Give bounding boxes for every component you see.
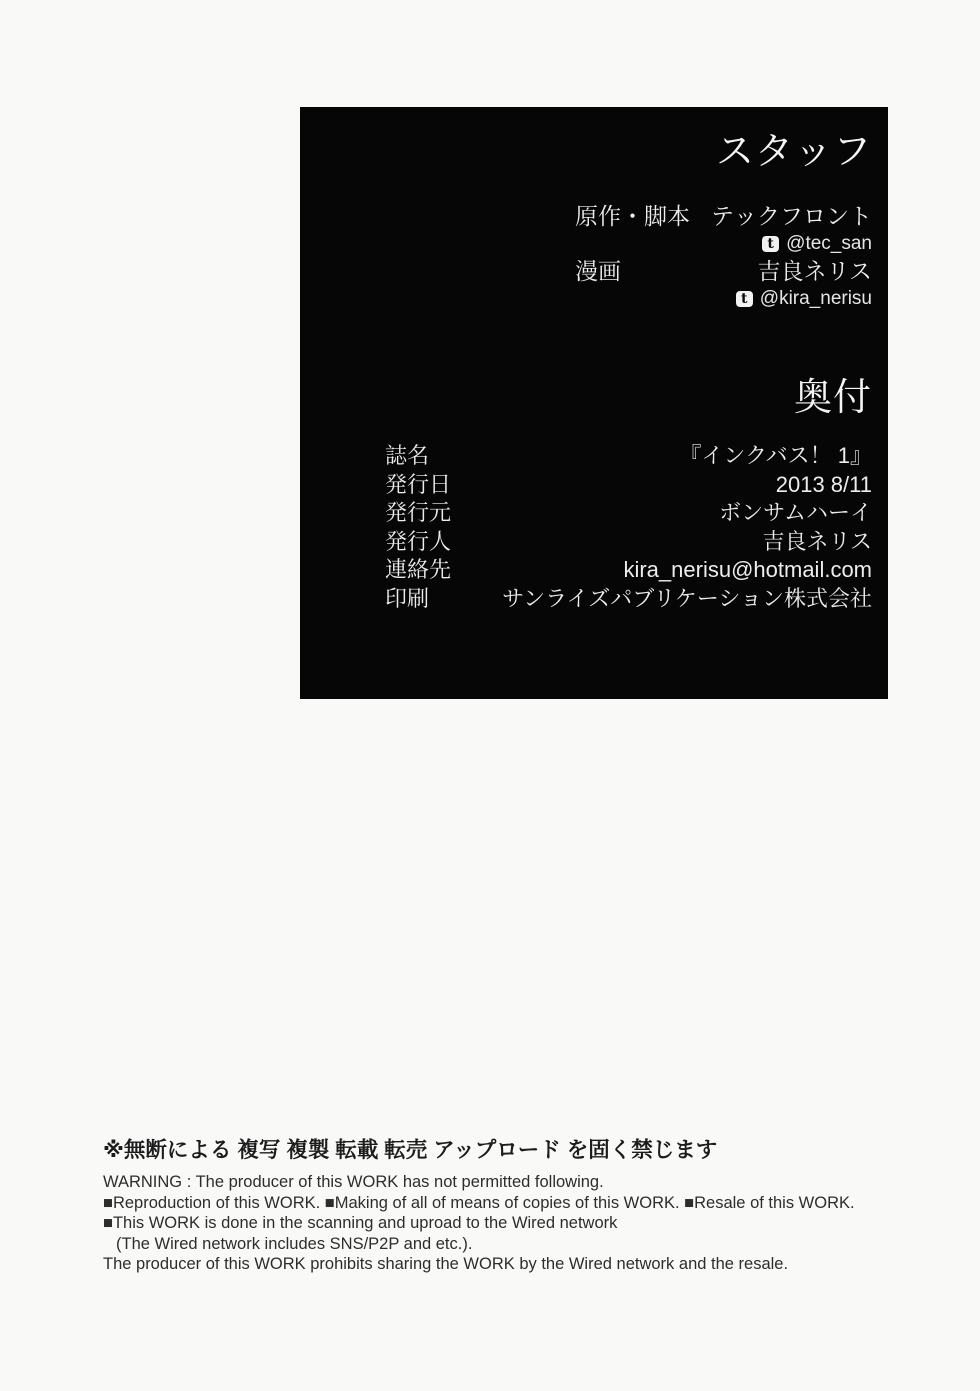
twitter-handle: @kira_nerisu	[760, 286, 872, 311]
okuzuke-label: 発行日	[385, 471, 451, 500]
twitter-handle: @tec_san	[786, 231, 872, 256]
warning-en-line-4: (The Wired network includes SNS/P2P and …	[103, 1234, 913, 1255]
twitter-icon: t	[736, 291, 753, 307]
okuzuke-row-printing: 印刷 サンライズパブリケーション株式会社	[316, 585, 872, 614]
twitter-icon: t	[762, 236, 779, 252]
okuzuke-label: 印刷	[385, 585, 429, 614]
credit-row-artist: 漫画 吉良ネリス	[316, 256, 872, 286]
okuzuke-section-title: 奥付	[316, 375, 872, 421]
credit-name: テックフロント	[690, 201, 872, 231]
warning-en-line-2: ■Reproduction of this WORK. ■Making of a…	[103, 1193, 913, 1214]
okuzuke-row-publisher: 発行元 ボンサムハーイ	[316, 499, 872, 528]
staff-credits: 原作・脚本 テックフロント t @tec_san 漫画 吉良ネリス t @kir…	[316, 201, 872, 311]
twitter-row-author: t @tec_san	[316, 231, 872, 256]
okuzuke-label: 連絡先	[385, 556, 451, 585]
okuzuke-value: 吉良ネリス	[451, 528, 872, 557]
warning-en-line-3: ■This WORK is done in the scanning and u…	[103, 1213, 913, 1234]
warning-en-line-1: WARNING : The producer of this WORK has …	[103, 1172, 913, 1193]
credit-name: 吉良ネリス	[621, 256, 872, 286]
warning-block: ※無断による 複写 複製 転載 転売 アップロード を固く禁じます WARNIN…	[103, 1137, 913, 1275]
okuzuke-label: 発行人	[385, 528, 451, 557]
okuzuke-value: kira_nerisu@hotmail.com	[451, 556, 872, 585]
okuzuke-row-contact: 連絡先 kira_nerisu@hotmail.com	[316, 556, 872, 585]
okuzuke-value: 『インクバス！ 1』	[429, 442, 872, 471]
staff-section-title: スタッフ	[316, 129, 872, 175]
okuzuke-rows: 誌名 『インクバス！ 1』 発行日 2013 8/11 発行元 ボンサムハーイ …	[316, 442, 872, 613]
okuzuke-value: サンライズパブリケーション株式会社	[429, 585, 872, 614]
warning-japanese: ※無断による 複写 複製 転載 転売 アップロード を固く禁じます	[103, 1137, 913, 1164]
okuzuke-label: 発行元	[385, 499, 451, 528]
okuzuke-row-title: 誌名 『インクバス！ 1』	[316, 442, 872, 471]
credit-role-label: 漫画	[575, 256, 621, 286]
twitter-row-artist: t @kira_nerisu	[316, 286, 872, 311]
credit-role-label: 原作・脚本	[575, 201, 690, 231]
colophon-box: スタッフ 原作・脚本 テックフロント t @tec_san 漫画 吉良ネリス t…	[300, 107, 888, 699]
okuzuke-row-date: 発行日 2013 8/11	[316, 471, 872, 500]
credit-row-author: 原作・脚本 テックフロント	[316, 201, 872, 231]
warning-en-line-5: The producer of this WORK prohibits shar…	[103, 1254, 913, 1275]
okuzuke-row-issuer: 発行人 吉良ネリス	[316, 528, 872, 557]
okuzuke-label: 誌名	[385, 442, 429, 471]
okuzuke-value: ボンサムハーイ	[451, 499, 872, 528]
okuzuke-value: 2013 8/11	[451, 471, 872, 500]
